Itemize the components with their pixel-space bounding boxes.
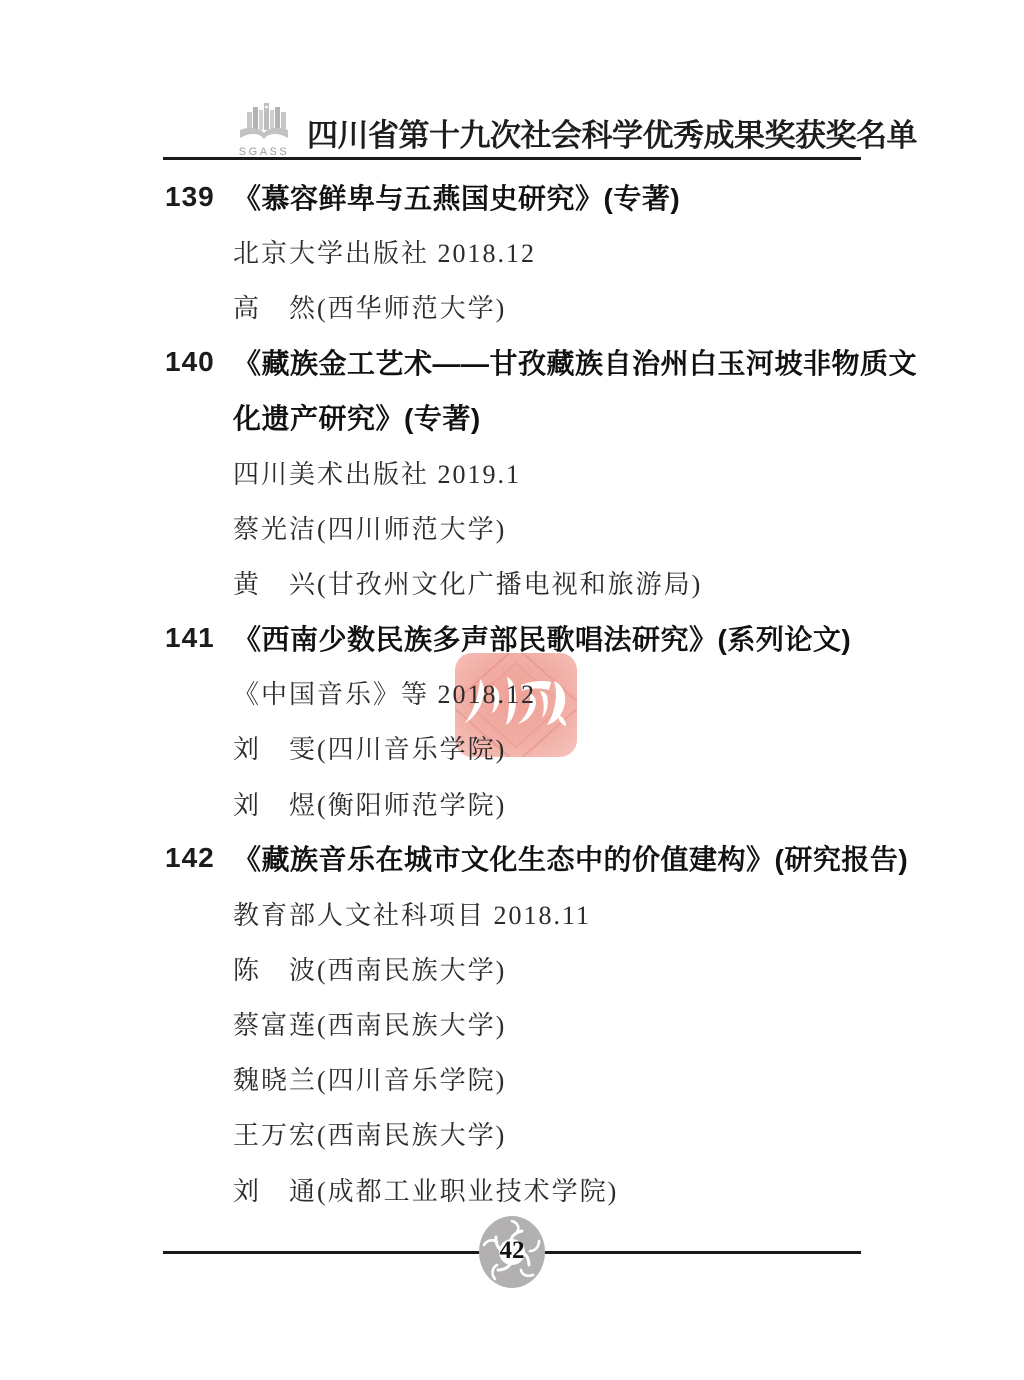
page-number: 42 bbox=[477, 1237, 547, 1265]
entry-title-continued: 化遗产研究》(专著) bbox=[163, 397, 481, 437]
entry-140-title-row: 140 《藏族金工艺术——甘孜藏族自治州白玉河坡非物质文 bbox=[163, 334, 883, 389]
entry-141-title-row: 141 《西南少数民族多声部民歌唱法研究》(系列论文) bbox=[163, 610, 883, 665]
page-title: 四川省第十九次社会科学优秀成果奖获奖名单 bbox=[307, 110, 917, 155]
entry-title: 《藏族金工艺术——甘孜藏族自治州白玉河坡非物质文 bbox=[163, 342, 917, 382]
entry-139-publisher-row: 北京大学出版社 2018.12 bbox=[163, 224, 883, 279]
entry-publisher: 教育部人文社科项目 2018.11 bbox=[163, 895, 591, 932]
entry-author: 王万宏(西南民族大学) bbox=[163, 1115, 506, 1152]
entry-141-author-row: 刘 雯(四川音乐学院) bbox=[163, 720, 883, 775]
entry-140-publisher-row: 四川美术出版社 2019.1 bbox=[163, 445, 883, 500]
entry-number: 141 bbox=[165, 622, 215, 654]
entry-142-author-row: 陈 波(西南民族大学) bbox=[163, 941, 883, 996]
sgass-logo-icon bbox=[230, 100, 298, 144]
entry-141-publisher-row: 《中国音乐》等 2018.12 bbox=[163, 665, 883, 720]
award-list: 139 《慕容鲜卑与五燕国史研究》(专著) 北京大学出版社 2018.12 高 … bbox=[163, 169, 883, 1217]
entry-title: 《藏族音乐在城市文化生态中的价值建构》(研究报告) bbox=[163, 838, 908, 878]
entry-title: 《慕容鲜卑与五燕国史研究》(专著) bbox=[163, 177, 680, 217]
entry-publisher: 《中国音乐》等 2018.12 bbox=[163, 674, 536, 711]
entry-142-publisher-row: 教育部人文社科项目 2018.11 bbox=[163, 886, 883, 941]
entry-author: 黄 兴(甘孜州文化广播电视和旅游局) bbox=[163, 564, 702, 601]
entry-author: 蔡富莲(西南民族大学) bbox=[163, 1005, 506, 1042]
entry-140-title-row-2: 化遗产研究》(专著) bbox=[163, 390, 883, 445]
entry-author: 陈 波(西南民族大学) bbox=[163, 950, 506, 987]
entry-141-author-row: 刘 煜(衡阳师范学院) bbox=[163, 776, 883, 831]
sunbird-medallion: 42 bbox=[477, 1215, 547, 1289]
entry-publisher: 四川美术出版社 2019.1 bbox=[163, 454, 521, 491]
entry-author: 刘 雯(四川音乐学院) bbox=[163, 729, 506, 766]
entry-author: 高 然(西华师范大学) bbox=[163, 288, 506, 325]
header-rule bbox=[163, 157, 861, 160]
entry-title: 《西南少数民族多声部民歌唱法研究》(系列论文) bbox=[163, 618, 851, 658]
entry-publisher: 北京大学出版社 2018.12 bbox=[163, 233, 536, 270]
entry-author: 蔡光洁(四川师范大学) bbox=[163, 509, 506, 546]
entry-142-author-row: 魏晓兰(四川音乐学院) bbox=[163, 1051, 883, 1106]
entry-number: 139 bbox=[165, 181, 215, 213]
entry-author: 刘 通(成都工业职业技术学院) bbox=[163, 1171, 618, 1208]
entry-142-title-row: 142 《藏族音乐在城市文化生态中的价值建构》(研究报告) bbox=[163, 831, 883, 886]
entry-139-title-row: 139 《慕容鲜卑与五燕国史研究》(专著) bbox=[163, 169, 883, 224]
entry-140-author-row: 蔡光洁(四川师范大学) bbox=[163, 500, 883, 555]
entry-number: 142 bbox=[165, 842, 215, 874]
entry-number: 140 bbox=[165, 346, 215, 378]
entry-author: 魏晓兰(四川音乐学院) bbox=[163, 1060, 506, 1097]
entry-139-author-row: 高 然(西华师范大学) bbox=[163, 279, 883, 334]
entry-142-author-row: 刘 通(成都工业职业技术学院) bbox=[163, 1162, 883, 1217]
entry-author: 刘 煜(衡阳师范学院) bbox=[163, 785, 506, 822]
entry-142-author-row: 蔡富莲(西南民族大学) bbox=[163, 996, 883, 1051]
document-page: SGASS 四川省第十九次社会科学优秀成果奖获奖名单 川观 bbox=[0, 0, 1024, 1380]
sgass-logo: SGASS bbox=[230, 100, 298, 158]
entry-140-author-row: 黄 兴(甘孜州文化广播电视和旅游局) bbox=[163, 555, 883, 610]
entry-142-author-row: 王万宏(西南民族大学) bbox=[163, 1106, 883, 1161]
